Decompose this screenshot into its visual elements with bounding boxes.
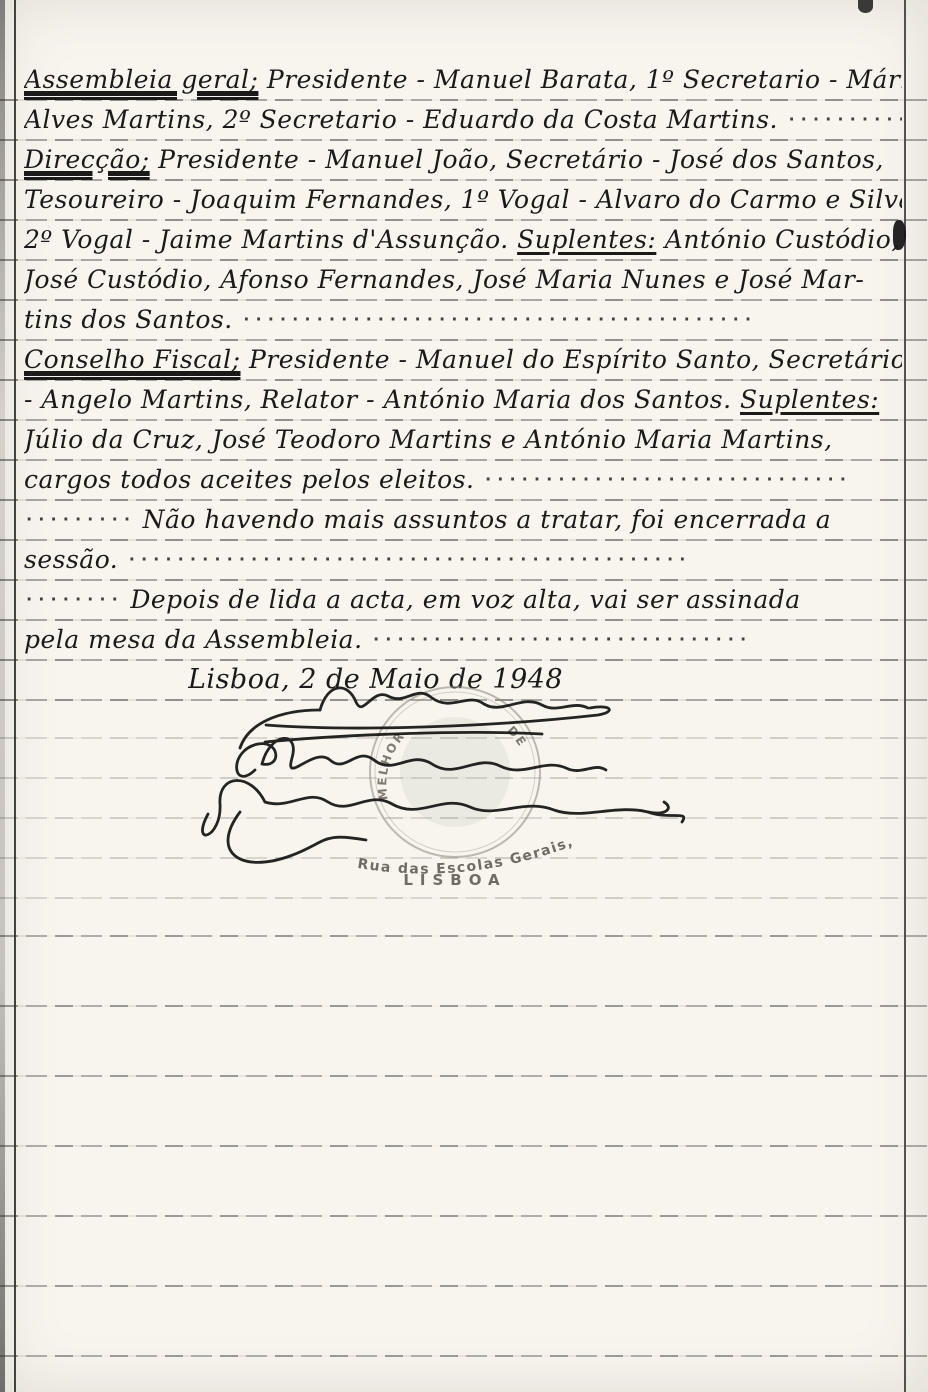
- ruled-line: [0, 935, 928, 937]
- line-direccao-5: tins dos Santos. ·······················…: [24, 298, 902, 340]
- stamp-arc-text-right: DE: [504, 723, 529, 749]
- pen-filler: ·········: [24, 510, 134, 530]
- text-run: António Custódio,: [656, 225, 899, 254]
- underlined-heading: Suplentes:: [740, 385, 879, 414]
- right-margin-rule: [904, 0, 906, 1392]
- ruled-line: [0, 1215, 928, 1217]
- page-edge-shadow: [0, 0, 5, 1392]
- text-run: Presidente - Manuel Barata, 1º Secretari…: [258, 65, 902, 94]
- underlined-heading: Conselho Fiscal;: [24, 345, 241, 374]
- text-run: - Angelo Martins, Relator - António Mari…: [24, 385, 740, 414]
- text-run: 2º Vogal - Jaime Martins d'Assunção.: [24, 225, 517, 254]
- pen-filler: ······························: [483, 470, 850, 490]
- line-direccao-4: José Custódio, Afonso Fernandes, José Ma…: [24, 258, 902, 300]
- ruled-line: [0, 1005, 928, 1007]
- stamp-city: LISBOA: [403, 871, 506, 889]
- ruled-line: [0, 1075, 928, 1077]
- line-conselho: Conselho Fiscal; Presidente - Manuel do …: [24, 338, 902, 380]
- svg-text:Rua das Escolas Gerais, 82: Rua das Escolas Gerais, 82: [170, 652, 576, 878]
- stamp-address: Rua das Escolas Gerais, 82: [170, 652, 576, 878]
- ruled-line: [0, 1145, 928, 1147]
- text-run: Júlio da Cruz, José Teodoro Martins e An…: [24, 425, 833, 454]
- line-direccao-2: Tesoureiro - Joaquim Fernandes, 1º Vogal…: [24, 178, 902, 220]
- scan-corner-mark: [858, 0, 873, 13]
- line-conselho-2: - Angelo Martins, Relator - António Mari…: [24, 378, 902, 420]
- underlined-heading: Assembleia geral;: [24, 65, 258, 94]
- line-assembleia: Assembleia geral; Presidente - Manuel Ba…: [24, 58, 902, 100]
- text-run: Alves Martins, 2º Secretario - Eduardo d…: [24, 105, 786, 134]
- text-run: pela mesa da Assembleia.: [24, 625, 371, 654]
- text-run: cargos todos aceites pelos eleitos.: [24, 465, 483, 494]
- line-direccao-3: 2º Vogal - Jaime Martins d'Assunção. Sup…: [24, 218, 902, 260]
- pen-filler: ·······························: [371, 630, 750, 650]
- text-run: José Custódio, Afonso Fernandes, José Ma…: [24, 265, 864, 294]
- stamp-and-signatures: MELHOR DE Rua das Escolas Gerais, 82 LIS…: [170, 652, 750, 902]
- pen-filler: ·····················: [786, 110, 902, 130]
- line-conselho-3: Júlio da Cruz, José Teodoro Martins e An…: [24, 418, 902, 460]
- text-run: Presidente - Manuel do Espírito Santo, S…: [241, 345, 903, 374]
- ruled-line: [0, 1285, 928, 1287]
- line-assembleia-2: Alves Martins, 2º Secretario - Eduardo d…: [24, 98, 902, 140]
- line-direccao: Direcção; Presidente - Manuel João, Secr…: [24, 138, 902, 180]
- left-margin-rule: [14, 0, 16, 1392]
- text-run: sessão.: [24, 545, 127, 574]
- underlined-heading: Suplentes:: [517, 225, 656, 254]
- underlined-heading: Direcção;: [24, 145, 150, 174]
- line-encerramento: ········· Não havendo mais assuntos a tr…: [24, 498, 902, 540]
- pen-filler: ········································…: [127, 550, 690, 570]
- text-run: Depois de lida a acta, em voz alta, vai …: [122, 585, 801, 614]
- text-run: tins dos Santos.: [24, 305, 241, 334]
- text-run: Presidente - Manuel João, Secretário - J…: [150, 145, 884, 174]
- line-cargos: cargos todos aceites pelos eleitos. ····…: [24, 458, 902, 500]
- manuscript-page: Assembleia geral; Presidente - Manuel Ba…: [0, 0, 928, 1392]
- line-sessao: sessão. ································…: [24, 538, 902, 580]
- svg-text:DE: DE: [504, 723, 529, 749]
- line-leitura: ········ Depois de lida a acta, em voz a…: [24, 578, 902, 620]
- pen-filler: ········································…: [241, 310, 755, 330]
- text-run: Tesoureiro - Joaquim Fernandes, 1º Vogal…: [24, 185, 902, 214]
- pen-filler: ········: [24, 590, 122, 610]
- text-run: Não havendo mais assuntos a tratar, foi …: [134, 505, 831, 534]
- ruled-line: [0, 1355, 928, 1357]
